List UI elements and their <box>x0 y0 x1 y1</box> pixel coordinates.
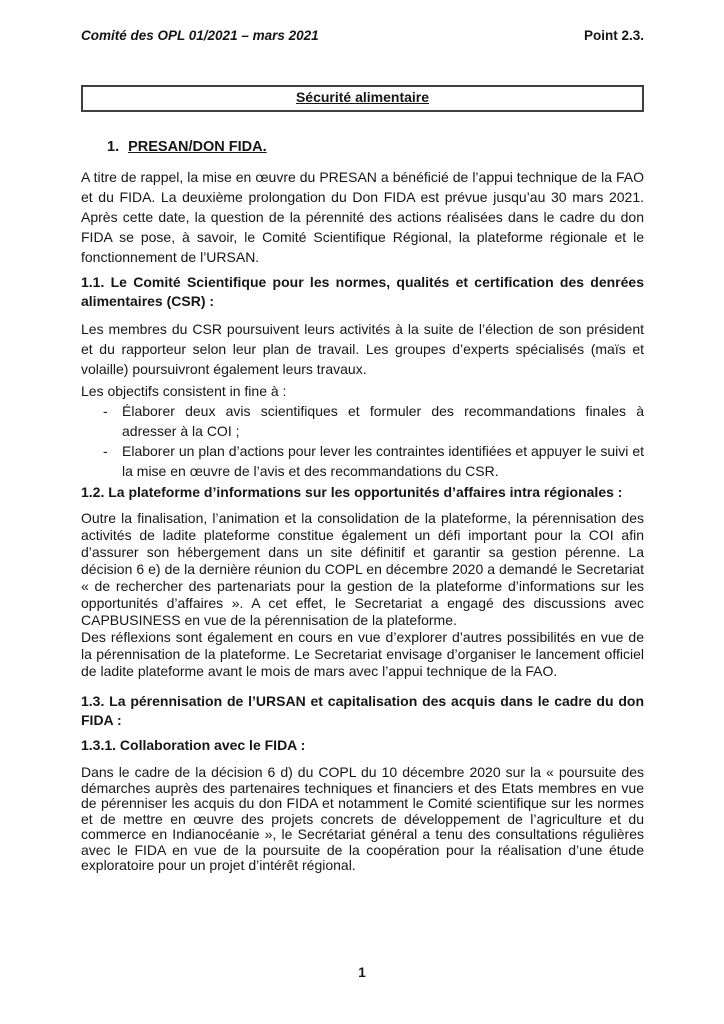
objective-text-2: Elaborer un plan d’actions pour lever le… <box>122 443 644 479</box>
objectives-intro: Les objectifs consistent in fine à : <box>81 381 644 401</box>
section-1-2-paragraph-1: Outre la finalisation, l’animation et la… <box>81 510 644 629</box>
objectives-list: - Élaborer deux avis scientifiques et fo… <box>81 401 644 481</box>
objective-item-2: - Elaborer un plan d’actions pour lever … <box>81 441 644 481</box>
bullet-dash-icon: - <box>103 441 108 461</box>
objective-text-1: Élaborer deux avis scientifiques et form… <box>122 403 644 439</box>
section-1-title: PRESAN/DON FIDA. <box>128 139 267 156</box>
section-1-1-paragraph: Les membres du CSR poursuivent leurs act… <box>81 319 644 379</box>
objective-item-1: - Élaborer deux avis scientifiques et fo… <box>81 401 644 441</box>
section-1-2-heading: 1.2. La plateforme d’informations sur le… <box>81 483 644 502</box>
section-1-3-1-paragraph: Dans le cadre de la décision 6 d) du COP… <box>81 765 644 874</box>
section-1-number: 1. <box>107 139 119 156</box>
page-header: Comité des OPL 01/2021 – mars 2021 Point… <box>81 28 644 44</box>
section-1-3-1-heading: 1.3.1. Collaboration avec le FIDA : <box>81 736 644 755</box>
section-1-3-heading: 1.3. La pérennisation de l’URSAN et capi… <box>81 692 644 730</box>
page-number: 1 <box>0 965 724 980</box>
section-1-intro-paragraph: A titre de rappel, la mise en œuvre du P… <box>81 167 644 267</box>
section-1-1-heading: 1.1. Le Comité Scientifique pour les nor… <box>81 273 644 311</box>
document-page: Comité des OPL 01/2021 – mars 2021 Point… <box>0 0 724 1024</box>
section-1-2-paragraph-2: Des réflexions sont également en cours e… <box>81 629 644 680</box>
title-box: Sécurité alimentaire <box>81 85 644 112</box>
header-point-label: Point 2.3. <box>584 28 644 44</box>
document-content: Comité des OPL 01/2021 – mars 2021 Point… <box>81 28 644 874</box>
section-1-heading: 1. PRESAN/DON FIDA. <box>81 139 644 156</box>
header-committee-label: Comité des OPL 01/2021 – mars 2021 <box>81 28 319 44</box>
bullet-dash-icon: - <box>103 401 108 421</box>
document-title: Sécurité alimentaire <box>296 89 429 105</box>
